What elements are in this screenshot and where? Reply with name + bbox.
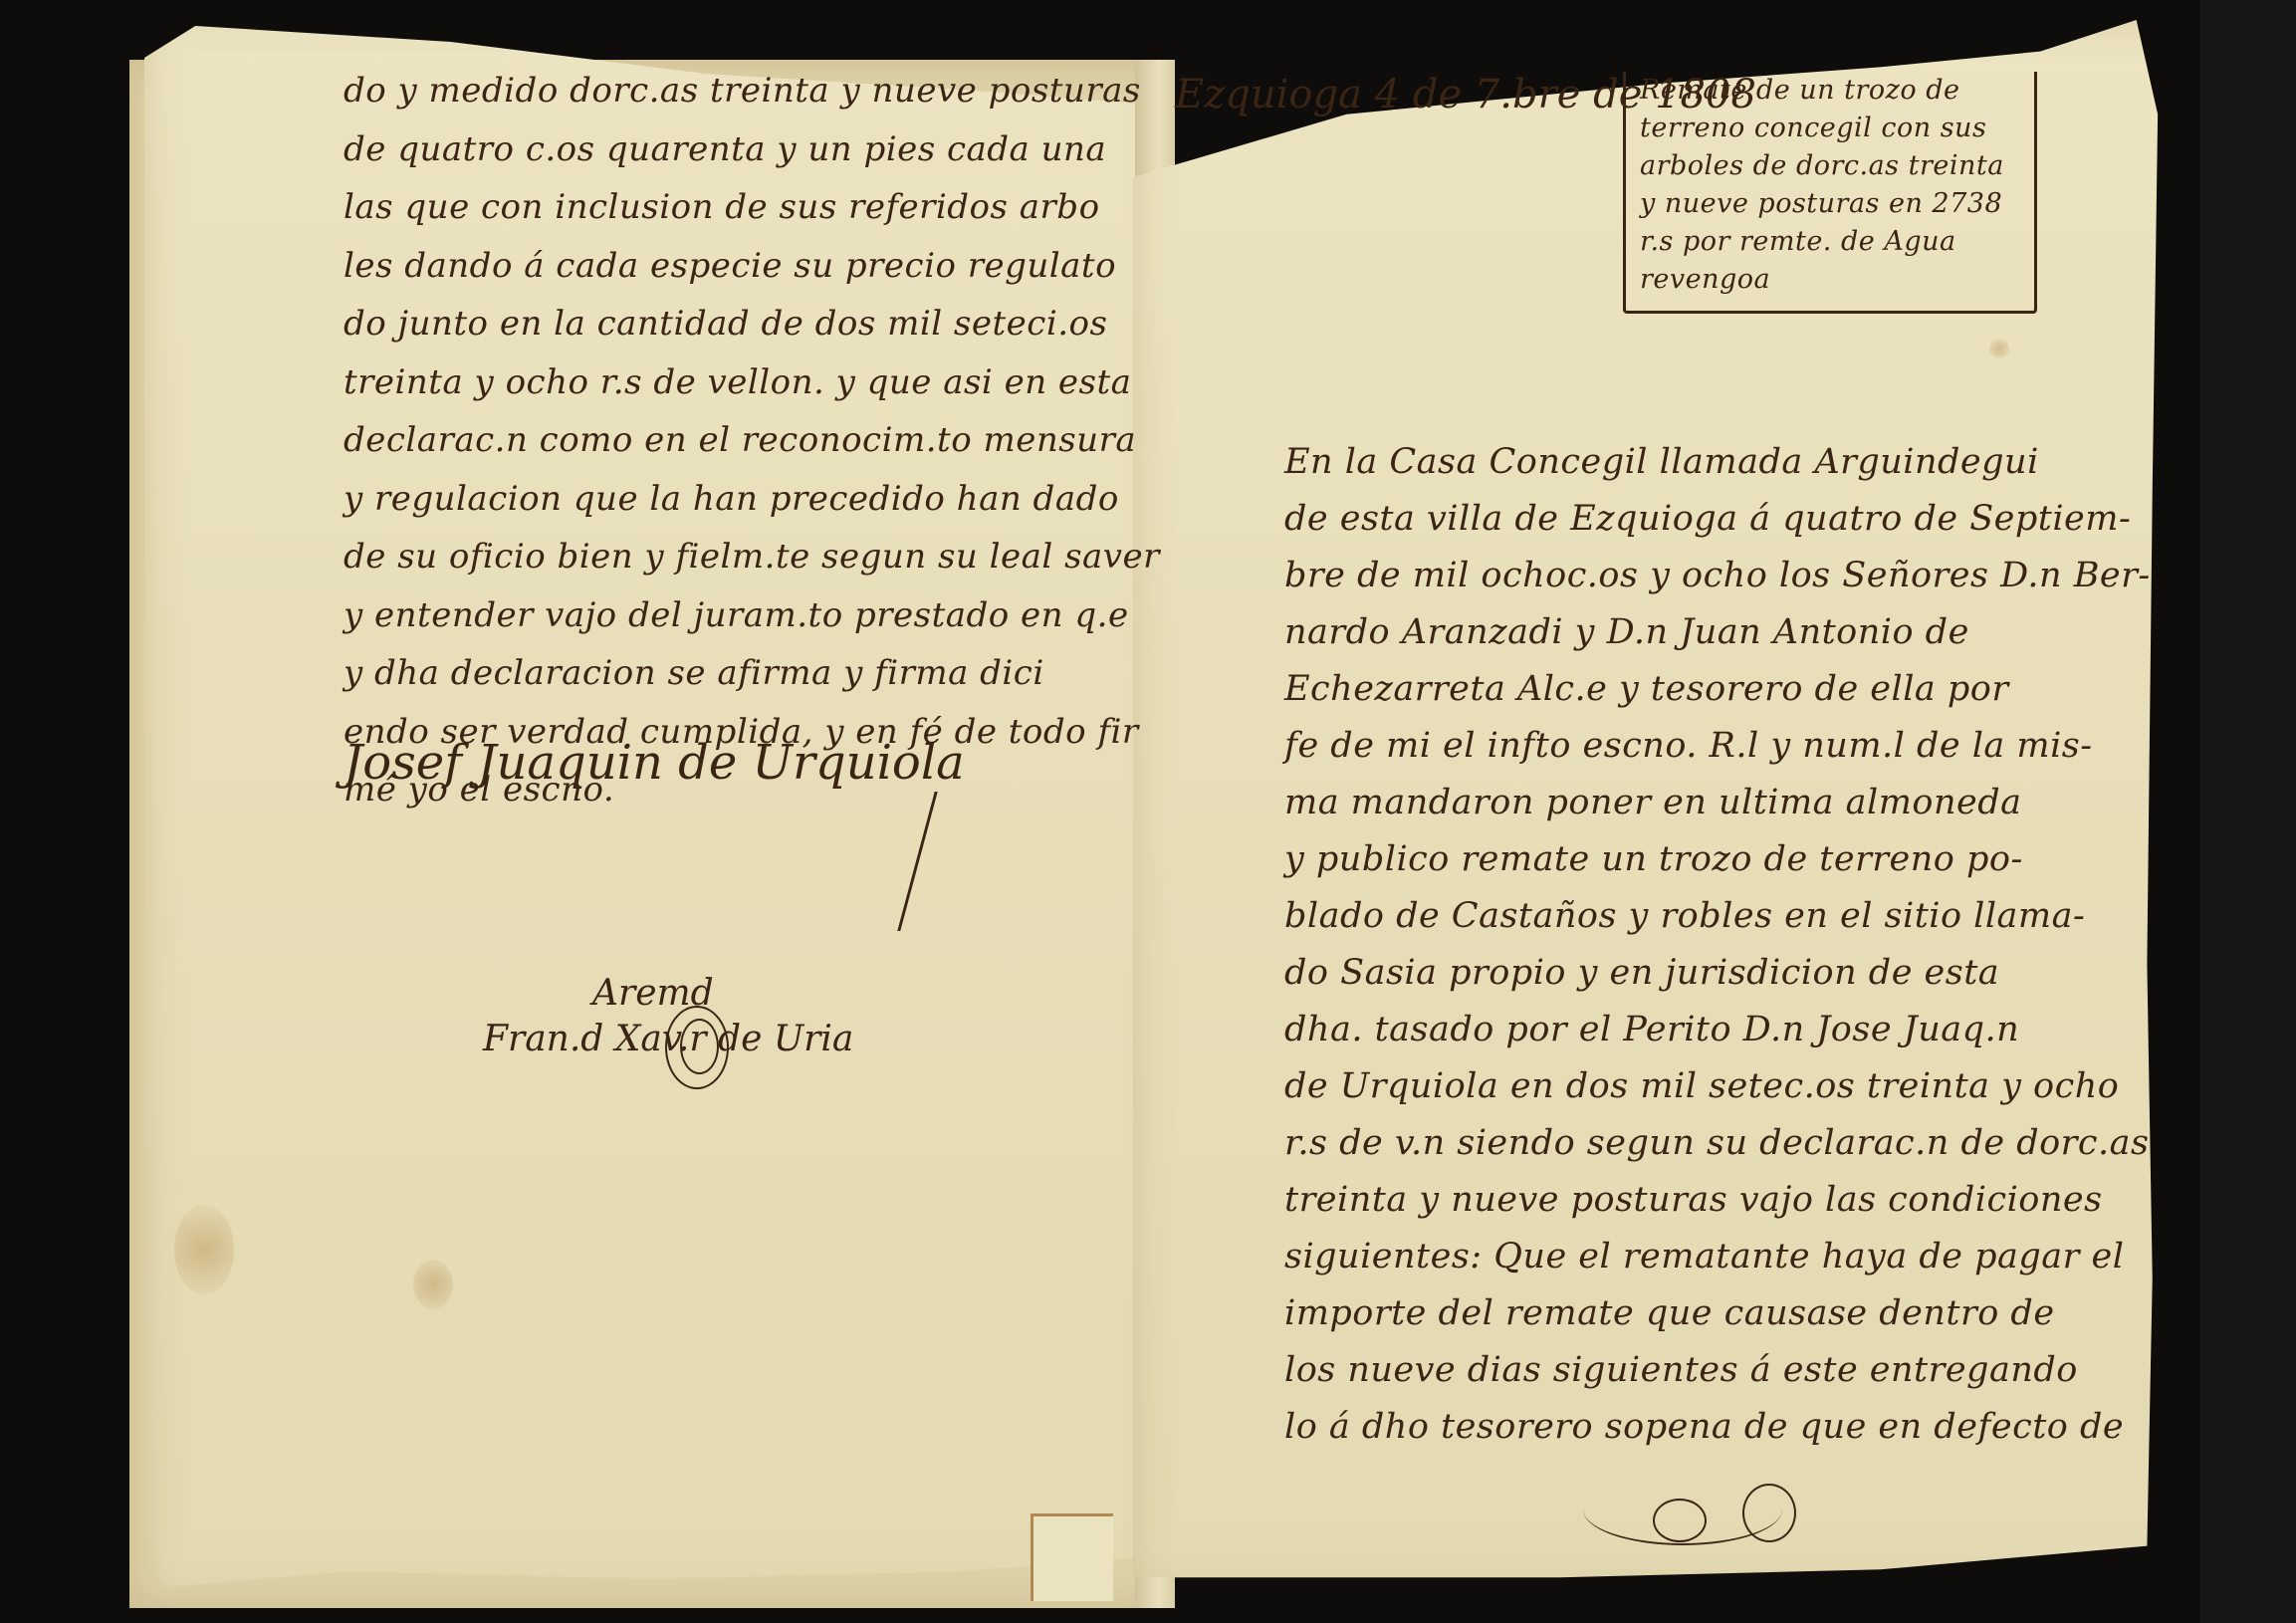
text-line: nardo Aranzadi y D.n Juan Antonio de <box>1284 603 2151 660</box>
margin-note-line: y nueve posturas en 2738 <box>1626 185 2034 223</box>
signature-flourish-icon <box>680 1019 719 1074</box>
text-line: dha. tasado por el Perito D.n Jose Juaq.… <box>1284 1001 2151 1057</box>
closing-flourish-icon <box>1742 1484 1796 1542</box>
text-line: y entender vajo del juram.to prestado en… <box>344 586 1160 645</box>
stain <box>413 1260 453 1309</box>
margin-note-line: arboles de dorc.as treinta <box>1626 147 2034 185</box>
text-line: de esta villa de Ezquioga á quatro de Se… <box>1284 490 2151 547</box>
background-band <box>2200 0 2296 1623</box>
text-line: siguientes: Que el rematante haya de pag… <box>1284 1228 2151 1284</box>
text-line: de quatro c.os quarenta y un pies cada u… <box>344 120 1160 179</box>
signature-line: Aremd <box>483 971 853 1017</box>
torn-corner <box>1031 1513 1113 1601</box>
text-line: r.s de v.n siendo segun su declarac.n de… <box>1284 1114 2151 1171</box>
text-line: y dha declaracion se afirma y firma dici <box>344 644 1160 703</box>
text-line: y regulacion que la han precedido han da… <box>344 470 1160 529</box>
stain <box>174 1205 234 1294</box>
text-line: declarac.n como en el reconocim.to mensu… <box>344 411 1160 470</box>
margin-note-line: terreno concegil con sus <box>1626 110 2034 147</box>
margin-note-line: r.s por remte. de Agua <box>1626 223 2034 261</box>
left-page-text: do y medido dorc.as treinta y nueve post… <box>344 62 1160 819</box>
text-line: Echezarreta Alc.e y tesorero de ella por <box>1284 660 2151 717</box>
margin-note-line: revengoa <box>1626 261 2034 299</box>
text-line: En la Casa Concegil llamada Arguindegui <box>1284 433 2151 490</box>
text-line: fe de mi el infto escno. R.l y num.l de … <box>1284 717 2151 774</box>
text-line: importe del remate que causase dentro de <box>1284 1284 2151 1341</box>
text-line: las que con inclusion de sus referidos a… <box>344 178 1160 237</box>
text-line: de Urquiola en dos mil setec.os treinta … <box>1284 1057 2151 1114</box>
text-line: do y medido dorc.as treinta y nueve post… <box>344 62 1160 120</box>
text-line: lo á dho tesorero sopena de que en defec… <box>1284 1398 2151 1455</box>
text-line: bre de mil ochoc.os y ocho los Señores D… <box>1284 547 2151 603</box>
text-line: los nueve dias siguientes á este entrega… <box>1284 1341 2151 1398</box>
text-line: do junto en la cantidad de dos mil setec… <box>344 295 1160 353</box>
closing-flourish-icon <box>1653 1499 1707 1542</box>
text-line: do Sasia propio y en jurisdicion de esta <box>1284 944 2151 1001</box>
signature-urquiola: Josef Juaquin de Urquiola <box>344 735 965 791</box>
text-line: ma mandaron poner en ultima almoneda <box>1284 774 2151 830</box>
text-line: treinta y nueve posturas vajo las condic… <box>1284 1171 2151 1228</box>
text-line: les dando á cada especie su precio regul… <box>344 237 1160 296</box>
stain <box>1989 339 2009 358</box>
margin-note-box: Remate de un trozo de terreno concegil c… <box>1623 72 2037 314</box>
right-page-text: En la Casa Concegil llamada Arguindegui … <box>1284 433 2151 1455</box>
text-line: blado de Castaños y robles en el sitio l… <box>1284 887 2151 944</box>
margin-note-line: Remate de un trozo de <box>1626 72 2034 110</box>
text-line: de su oficio bien y fielm.te segun su le… <box>344 528 1160 586</box>
text-line: y publico remate un trozo de terreno po- <box>1284 830 2151 887</box>
text-line: treinta y ocho r.s de vellon. y que asi … <box>344 353 1160 412</box>
